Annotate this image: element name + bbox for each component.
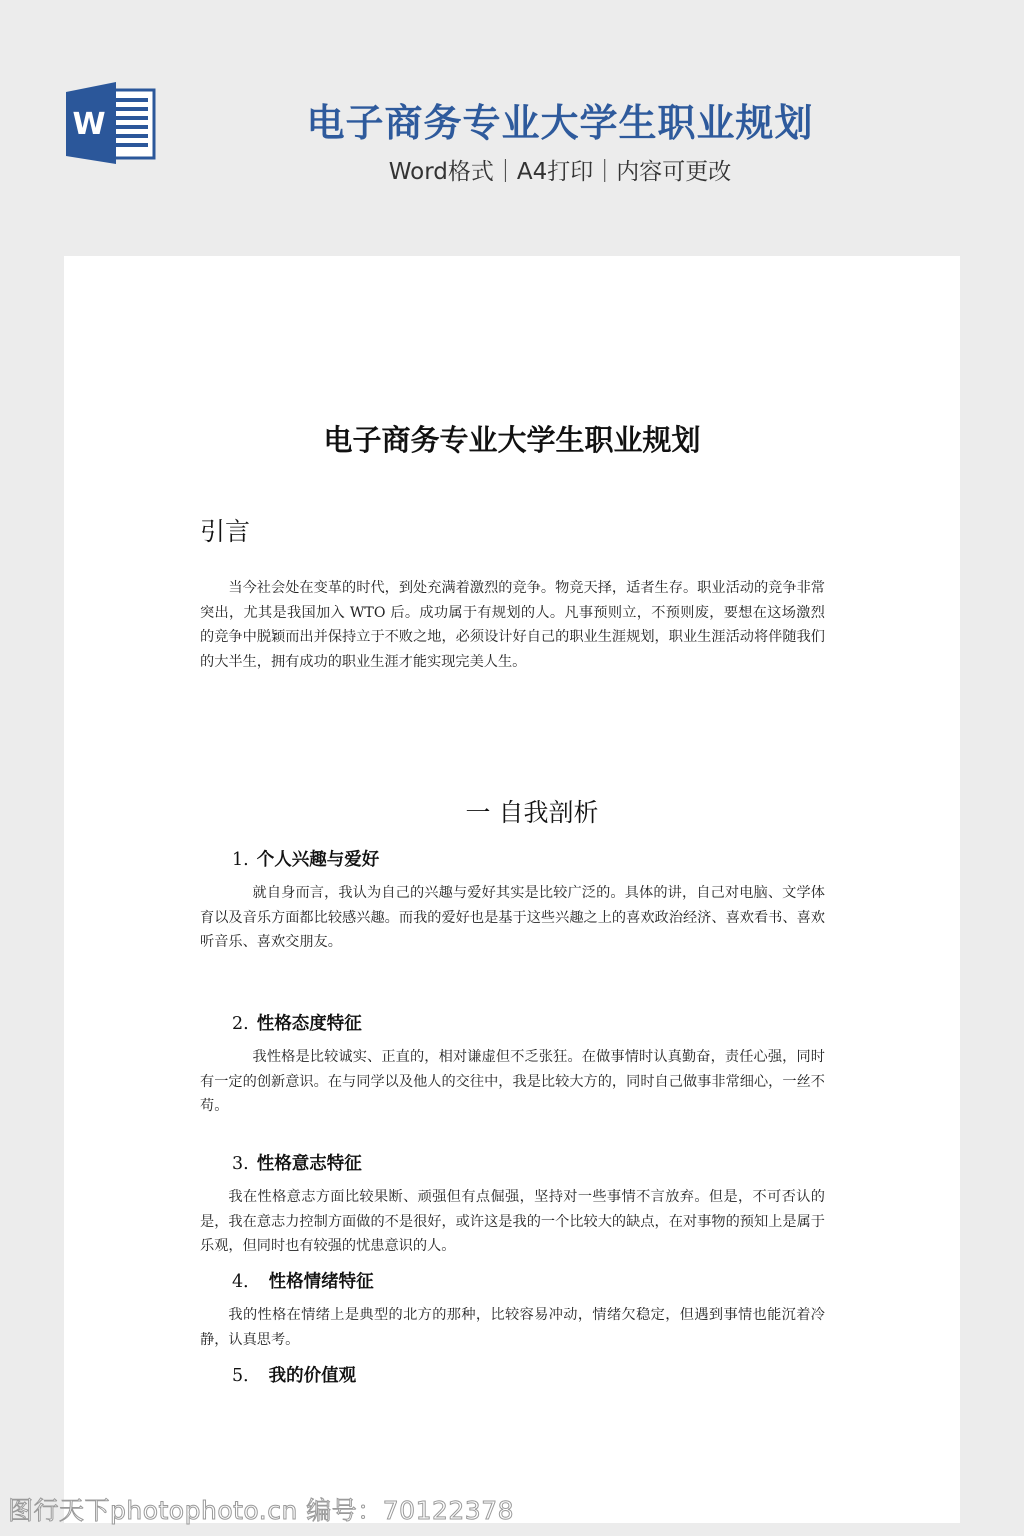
- subsection-paragraph-emotion: 我的性格在情绪上是典型的北方的那种，比较容易冲动，情绪欠稳定，但遇到事情也能沉着…: [200, 1303, 825, 1352]
- subsection-title: 性格态度特征: [257, 1014, 362, 1034]
- subsection-paragraph-will: 我在性格意志方面比较果断、顽强但有点倔强，坚持对一些事情不言放弃。但是，不可否认…: [200, 1185, 825, 1259]
- intro-heading: 引言: [200, 512, 250, 548]
- subsection-title: 性格意志特征: [257, 1154, 362, 1174]
- subsection-heading-will: 3.性格意志特征: [232, 1150, 362, 1175]
- subsection-number: 2.: [232, 1014, 249, 1034]
- banner-title: 电子商务专业大学生职业规划: [280, 92, 840, 147]
- svg-text:W: W: [72, 107, 105, 142]
- header-banner: W 电子商务专业大学生职业规划 Word格式｜A4打印｜内容可更改: [0, 0, 1024, 256]
- subsection-heading-emotion: 4．性格情绪特征: [232, 1268, 374, 1293]
- word-document-icon: W: [64, 82, 156, 164]
- subsection-paragraph-attitude: 我性格是比较诚实、正直的，相对谦虚但不乏张狂。在做事情时认真勤奋，责任心强，同时…: [200, 1045, 825, 1119]
- subsection-title: 个人兴趣与爱好: [257, 850, 380, 870]
- watermark-text: 图行天下photophoto.cn 编号：70122378: [8, 1491, 514, 1527]
- subsection-number: 5．: [232, 1366, 261, 1386]
- banner-subtitle: Word格式｜A4打印｜内容可更改: [280, 153, 840, 186]
- section-heading-self-analysis: 一 自我剖析: [0, 793, 1024, 829]
- subsection-heading-attitude: 2.性格态度特征: [232, 1010, 362, 1035]
- subsection-heading-values: 5．我的价值观: [232, 1362, 356, 1387]
- subsection-title: 我的价值观: [269, 1366, 357, 1386]
- intro-paragraph: 当今社会处在变革的时代，到处充满着激烈的竞争。物竞天择，适者生存。职业活动的竞争…: [200, 576, 825, 674]
- subsection-paragraph-interests: 就自身而言，我认为自己的兴趣与爱好其实是比较广泛的。具体的讲，自己对电脑、文学体…: [200, 881, 825, 955]
- subsection-heading-interests: 1.个人兴趣与爱好: [232, 846, 379, 871]
- subsection-title: 性格情绪特征: [269, 1272, 374, 1292]
- document-title: 电子商务专业大学生职业规划: [0, 418, 1024, 459]
- subsection-number: 4．: [232, 1272, 261, 1292]
- subsection-number: 1.: [232, 850, 249, 870]
- subsection-number: 3.: [232, 1154, 249, 1174]
